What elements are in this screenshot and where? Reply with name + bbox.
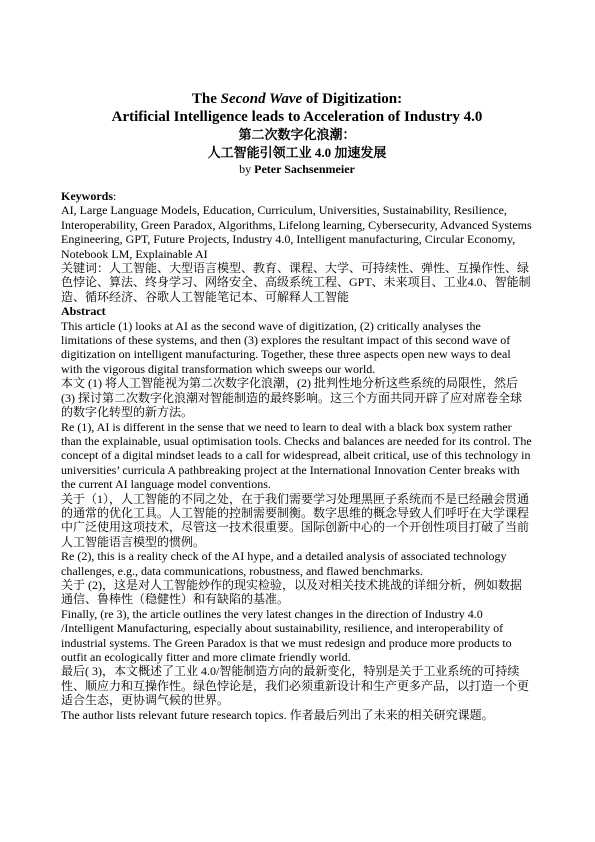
document-page: The Second Wave of Digitization: Artific… (0, 0, 595, 842)
abstract-paragraph-2-english: Re (1), AI is different in the sense tha… (61, 420, 533, 492)
byline-prefix: by (239, 162, 254, 176)
title-text: of Digitization: (302, 91, 402, 107)
keywords-label: Keywords (61, 189, 113, 203)
title-chinese-line2: 人工智能引领工业 4.0 加速发展 (61, 144, 533, 162)
title-english-line2: Artificial Intelligence leads to Acceler… (61, 108, 533, 126)
title-chinese-line1: 第二次数字化浪潮： (61, 126, 533, 144)
keywords-colon: : (113, 189, 116, 203)
title-italic-phrase: Second Wave (221, 91, 303, 107)
closing-line: The author lists relevant future researc… (61, 708, 533, 722)
title-block: The Second Wave of Digitization: Artific… (61, 90, 533, 177)
abstract-paragraph-3-chinese: 关于 (2)，这是对人工智能炒作的现实检验，以及对相关技术挑战的详细分析，例如数… (61, 578, 533, 607)
abstract-paragraph-1-chinese: 本文 (1) 将人工智能视为第二次数字化浪潮，(2) 批判性地分析这些系统的局限… (61, 376, 533, 419)
keywords-chinese: 关键词：人工智能、大型语言模型、教育、课程、大学、可持续性、弹性、互操作性、绿色… (61, 261, 533, 304)
abstract-paragraph-3-english: Re (2), this is a reality check of the A… (61, 549, 533, 578)
abstract-paragraph-1-english: This article (1) looks at AI as the seco… (61, 319, 533, 377)
byline: by Peter Sachsenmeier (61, 162, 533, 177)
page-content: The Second Wave of Digitization: Artific… (61, 90, 533, 722)
abstract-paragraph-4-english: Finally, (re 3), the article outlines th… (61, 607, 533, 665)
title-text: The (192, 91, 221, 107)
abstract-body: Keywords: AI, Large Language Models, Edu… (61, 189, 533, 722)
keywords-english: AI, Large Language Models, Education, Cu… (61, 203, 533, 261)
author-name: Peter Sachsenmeier (254, 162, 355, 176)
abstract-paragraph-2-chinese: 关于（1），人工智能的不同之处，在于我们需要学习处理黑匣子系统而不是已经融会贯通… (61, 492, 533, 550)
keywords-heading: Keywords: (61, 189, 533, 203)
abstract-paragraph-4-chinese: 最后( 3)，本文概述了工业 4.0/智能制造方向的最新变化，特别是关于工业系统… (61, 664, 533, 707)
abstract-heading: Abstract (61, 304, 533, 318)
title-english-line1: The Second Wave of Digitization: (61, 90, 533, 108)
